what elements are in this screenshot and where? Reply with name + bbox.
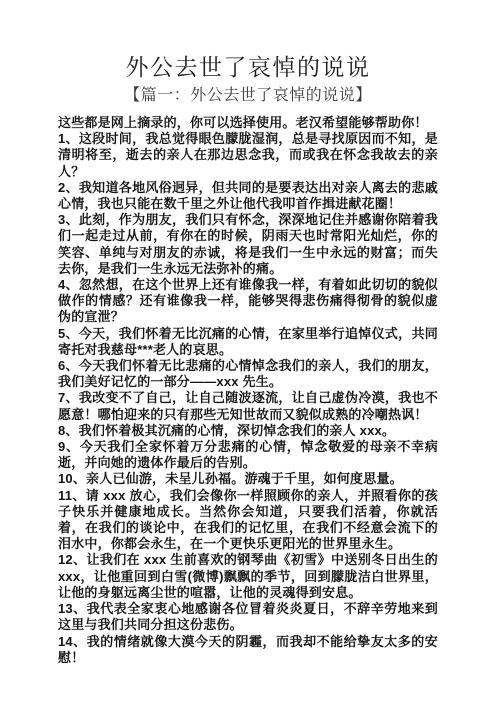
paragraph-14: 14、我的情绪就像大漠今天的阴霾，而我却不能给挚友太多的安慰！ (58, 634, 438, 666)
paragraph-4: 4、忽然想，在这个世界上还有谁像我一样，有着如此切切的貌似做作的情感？还有谁像我… (58, 277, 438, 326)
page-title: 外公去世了哀悼的说说 (58, 52, 438, 84)
paragraph-1: 1、这段时间，我总觉得眼色朦胧湿润，总是寻找原因而不知，是清明将至，逝去的亲人在… (58, 131, 438, 180)
paragraph-6: 6、今天我们怀着无比悲痛的心情悼念我们的亲人，我们的朋友，我们美好记忆的一部分—… (58, 358, 438, 390)
paragraph-5: 5、今天，我们怀着无比沉痛的心情，在家里举行追悼仪式，共同寄托对我慈母***老人… (58, 326, 438, 358)
section-heading: 【篇一：外公去世了哀悼的说说】 (58, 84, 438, 108)
intro-paragraph: 这些都是网上摘录的，你可以选择使用。老汉希望能够帮助你！ (58, 115, 438, 131)
paragraph-9: 9、今天我们全家怀着万分悲痛的心情，悼念敬爱的母亲不幸病逝，并向她的遗体作最后的… (58, 439, 438, 471)
document-page: 外公去世了哀悼的说说 【篇一：外公去世了哀悼的说说】 这些都是网上摘录的，你可以… (0, 0, 496, 702)
paragraph-7: 7、我改变不了自己，让自己随波逐流，让自己虚伪冷漠，我也不愿意！哪怕迎来的只有那… (58, 390, 438, 422)
paragraph-13: 13、我代表全家衷心地感谢各位冒着炎炎夏日，不辞辛劳地来到这里与我们共同分担这份… (58, 601, 438, 633)
document-body: 这些都是网上摘录的，你可以选择使用。老汉希望能够帮助你！ 1、这段时间，我总觉得… (58, 115, 438, 666)
paragraph-10: 10、亲人已仙游，未呈儿孙福。游魂于千里，如何度思量。 (58, 471, 438, 487)
paragraph-3: 3、此刻，作为朋友，我们只有怀念，深深地记住并感谢你陪着我们一起走过从前，有你在… (58, 212, 438, 277)
paragraph-8: 8、我们怀着极其沉痛的心情，深切悼念我们的亲人 xxx。 (58, 423, 438, 439)
paragraph-2: 2、我知道各地风俗迥异，但共同的是要表达出对亲人离去的悲戚心情，我也只能在数千里… (58, 180, 438, 212)
paragraph-11: 11、请 xxx 放心，我们会像你一样照顾你的亲人，并照看你的孩子快乐并健康地成… (58, 488, 438, 553)
paragraph-12: 12、让我们在 xxx 生前喜欢的钢琴曲《初雪》中送别冬日出生的xxx，让他重回… (58, 552, 438, 601)
